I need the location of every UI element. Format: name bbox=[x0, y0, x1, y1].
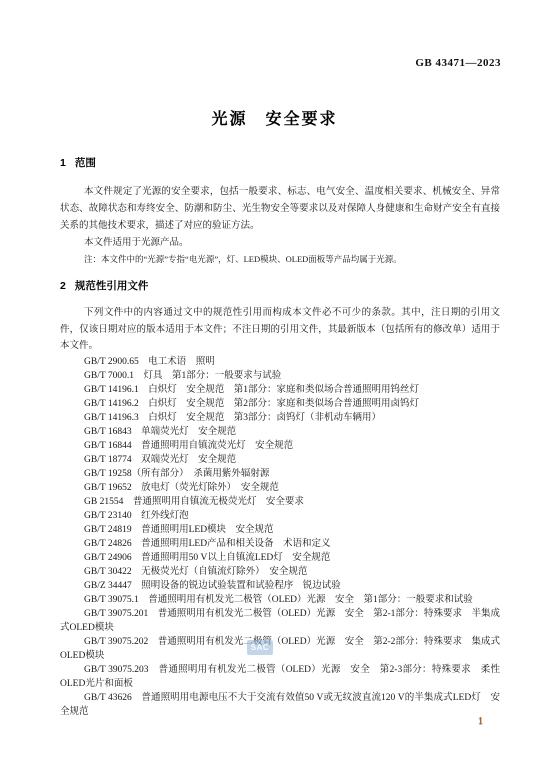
reference-item: GB 21554 普通照明用自镇流无极荧光灯 安全要求 bbox=[60, 495, 500, 509]
scope-paragraph: 本文件规定了光源的安全要求，包括一般要求、标志、电气安全、温度相关要求、机械安全… bbox=[60, 184, 500, 235]
reference-item: GB/T 24826 普通照明用LED产品和相关设备 术语和定义 bbox=[60, 537, 500, 551]
reference-item: GB/T 24819 普通照明用LED模块 安全规范 bbox=[60, 523, 500, 537]
section-1-label: 范围 bbox=[75, 157, 96, 169]
reference-item: GB/T 14196.2 白炽灯 安全规范 第2部分：家庭和类似场合普通照明用卤… bbox=[60, 397, 500, 411]
reference-item: GB/T 16843 单端荧光灯 安全规范 bbox=[60, 425, 500, 439]
reference-item: GB/T 19652 放电灯（荧光灯除外） 安全规范 bbox=[60, 481, 500, 495]
section-2-number: 2 bbox=[60, 280, 66, 292]
reference-item: GB/T 19258（所有部分） 杀菌用紫外辐射源 bbox=[60, 467, 500, 481]
reference-item: GB/T 39075.1 普通照明用有机发光二极管（OLED）光源 安全 第1部… bbox=[60, 593, 500, 607]
section-2-label: 规范性引用文件 bbox=[75, 280, 149, 292]
section-1-number: 1 bbox=[60, 157, 66, 169]
reference-item: GB/T 24906 普通照明用50 V以上自镇流LED灯 安全规范 bbox=[60, 551, 500, 565]
scope-note: 注：本文件中的“光源”专指“电光源”，灯、LED模块、OLED面板等产品均属于光… bbox=[60, 252, 500, 266]
reference-item: GB/T 39075.203 普通照明用有机发光二极管（OLED）光源 安全 第… bbox=[60, 663, 500, 691]
reference-item: GB/T 2900.65 电工术语 照明 bbox=[60, 355, 500, 369]
reference-item: GB/T 30422 无极荧光灯（自镇流灯除外） 安全规范 bbox=[60, 565, 500, 579]
reference-item: GB/T 14196.1 白炽灯 安全规范 第1部分：家庭和类似场合普通照明用钨… bbox=[60, 383, 500, 397]
reference-item: GB/Z 34447 照明设备的锐边试验装置和试验程序 锐边试验 bbox=[60, 579, 500, 593]
reference-list: GB/T 2900.65 电工术语 照明 GB/T 7000.1 灯具 第1部分… bbox=[60, 355, 500, 719]
page-title: 光源 安全要求 bbox=[0, 106, 549, 129]
section-2-heading: 2规范性引用文件 bbox=[60, 278, 500, 293]
sac-watermark: SAC bbox=[247, 640, 273, 655]
section-1-heading: 1范围 bbox=[60, 155, 500, 170]
reference-item: GB/T 16844 普通照明用自镇流荧光灯 安全规范 bbox=[60, 439, 500, 453]
doc-number: GB 43471—2023 bbox=[415, 57, 501, 69]
reference-item: GB/T 23140 红外线灯泡 bbox=[60, 509, 500, 523]
normative-intro-paragraph: 下列文件中的内容通过文中的规范性引用而构成本文件必不可少的条款。其中，注日期的引… bbox=[60, 305, 500, 355]
reference-item: GB/T 14196.3 白炽灯 安全规范 第3部分：卤钨灯（非机动车辆用） bbox=[60, 411, 500, 425]
reference-item: GB/T 18774 双端荧光灯 安全规范 bbox=[60, 453, 500, 467]
page-number: 1 bbox=[478, 716, 483, 727]
reference-item: GB/T 43626 普通照明用电源电压不大于交流有效值50 V或无纹波直流12… bbox=[60, 691, 500, 719]
reference-item: GB/T 39075.202 普通照明用有机发光二极管（OLED）光源 安全 第… bbox=[60, 635, 500, 663]
document-body: 1范围 本文件规定了光源的安全要求，包括一般要求、标志、电气安全、温度相关要求、… bbox=[60, 155, 500, 719]
applicability-paragraph: 本文件适用于光源产品。 bbox=[60, 235, 500, 252]
document-page: GB 43471—2023 光源 安全要求 1范围 本文件规定了光源的安全要求，… bbox=[0, 0, 549, 777]
reference-item: GB/T 7000.1 灯具 第1部分：一般要求与试验 bbox=[60, 369, 500, 383]
reference-item: GB/T 39075.201 普通照明用有机发光二极管（OLED）光源 安全 第… bbox=[60, 607, 500, 635]
